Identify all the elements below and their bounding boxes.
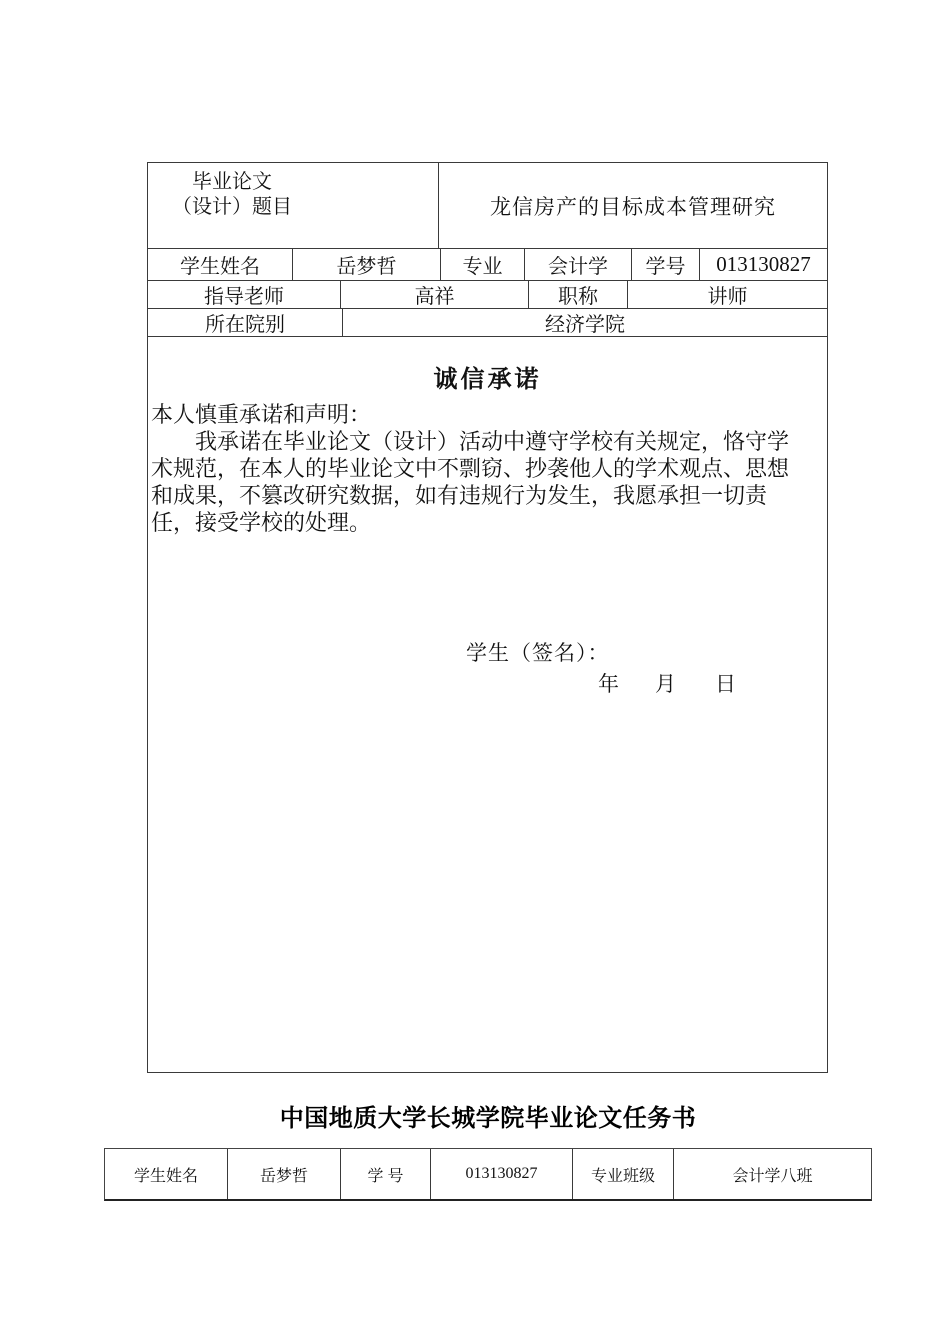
- college-value: 经济学院: [343, 309, 827, 336]
- student-id-value: 013130827: [700, 249, 827, 280]
- task-book-heading: 中国地质大学长城学院毕业论文任务书: [104, 1098, 872, 1133]
- pledge-body-text: 我承诺在毕业论文（设计）活动中遵守学校有关规定，恪守学 术规范，在本人的毕业论文…: [151, 428, 824, 536]
- pledge-heading: 诚信承诺: [151, 359, 824, 394]
- task-book-table: 学生姓名 岳梦哲 学 号 013130827 专业班级 会计学八班: [104, 1148, 872, 1201]
- thesis-title-row: 毕业论文 （设计）题目 龙信房产的目标成本管理研究: [148, 163, 827, 249]
- thesis-title-label-line1: 毕业论文: [152, 170, 312, 195]
- advisor-label: 指导老师: [148, 281, 341, 308]
- thesis-title-label-line2: （设计）题目: [152, 195, 312, 220]
- student-signature-label: 学生（签名）：: [466, 637, 610, 667]
- pledge-cell: 诚信承诺 本人慎重承诺和声明： 我承诺在毕业论文（设计）活动中遵守学校有关规定，…: [148, 337, 827, 1072]
- college-label: 所在院别: [148, 309, 343, 336]
- task-student-name-label: 学生姓名: [105, 1149, 228, 1199]
- task-class-value: 会计学八班: [674, 1149, 871, 1199]
- pledge-declaration: 本人慎重承诺和声明：: [151, 401, 824, 428]
- college-row: 所在院别 经济学院: [148, 309, 827, 337]
- advisor-title-label: 职称: [529, 281, 628, 308]
- advisor-row: 指导老师 高祥 职称 讲师: [148, 281, 827, 309]
- signature-date-line: 年月日: [598, 668, 736, 698]
- student-name-value: 岳梦哲: [293, 249, 441, 280]
- student-id-label: 学号: [632, 249, 700, 280]
- major-value: 会计学: [525, 249, 632, 280]
- student-row: 学生姓名 岳梦哲 专业 会计学 学号 013130827: [148, 249, 827, 281]
- date-day-label: 日: [715, 672, 736, 696]
- task-student-id-label: 学 号: [341, 1149, 431, 1199]
- task-class-label: 专业班级: [573, 1149, 674, 1199]
- thesis-info-table: 毕业论文 （设计）题目 龙信房产的目标成本管理研究 学生姓名 岳梦哲 专业 会计…: [147, 162, 828, 1073]
- major-label: 专业: [441, 249, 525, 280]
- advisor-title-value: 讲师: [628, 281, 827, 308]
- student-name-label: 学生姓名: [148, 249, 293, 280]
- date-year-label: 年: [598, 672, 619, 696]
- date-month-label: 月: [655, 672, 676, 696]
- task-student-name-value: 岳梦哲: [228, 1149, 341, 1199]
- advisor-name-value: 高祥: [341, 281, 529, 308]
- thesis-title-value: 龙信房产的目标成本管理研究: [439, 163, 827, 248]
- task-student-id-value: 013130827: [431, 1149, 573, 1199]
- thesis-title-label-cell: 毕业论文 （设计）题目: [148, 163, 439, 248]
